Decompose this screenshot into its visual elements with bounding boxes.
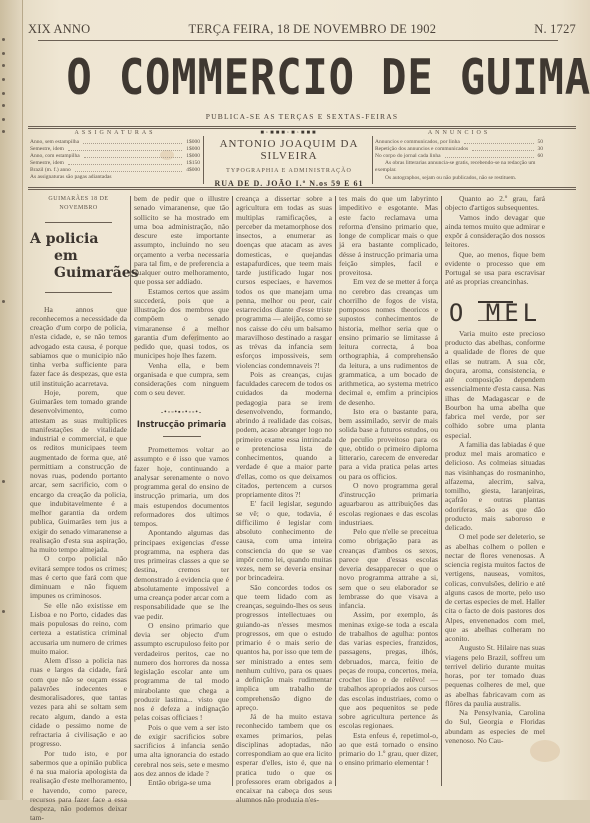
binding-hole: [2, 300, 5, 303]
paragraph: Augusto St. Hilaire nas suas viagens pel…: [445, 643, 545, 708]
paragraph: A familia das labiadas é que produz mel …: [445, 440, 545, 533]
box-divider: [203, 136, 204, 184]
paragraph: Quanto ao 2.º grau, fará objecto d'artig…: [445, 194, 545, 213]
article-column-4: tes mais do que um labyrinto impeditivo …: [339, 194, 438, 768]
article-headline: A policia em Guimarães: [30, 231, 127, 282]
binding-hole: [2, 64, 5, 67]
binding-hole: [2, 104, 5, 107]
newspaper-page: XIX ANNO TERÇA FEIRA, 18 DE NOVEMBRO DE …: [0, 0, 590, 800]
announcement-row: Annuncios e communicados, por linha50: [375, 139, 543, 146]
paragraph: O ensino primario que devia ser objecto …: [134, 621, 229, 723]
paragraph: tes mais do que um labyrinto impeditivo …: [339, 194, 438, 277]
paragraph: São concordes todos os que teem lidado c…: [236, 583, 332, 713]
paragraph: Alem d'isso a policia nas ruas e largos …: [30, 656, 127, 749]
article-column-3: creança a dissertar sobre a agricultura …: [236, 194, 332, 800]
paragraph: O novo programma geral d'instrucção prim…: [339, 481, 438, 527]
typography-label: TYPOGRAPHIA E ADMINISTRAÇÃO: [205, 168, 373, 174]
masthead-rule: [28, 126, 576, 127]
paragraph: Já de ha muito estava reconhecido tambem…: [236, 712, 332, 800]
subscription-row: Anno, sem estampilha1$000: [30, 139, 200, 146]
announcement-row: No corpo do jornal cada linha60: [375, 153, 543, 160]
publisher-box: ■◦■■■◦■◦■■■ ANTONIO JOAQUIM DA SILVEIRA …: [205, 130, 373, 185]
paragraph: Então obriga-se uma: [134, 778, 229, 787]
binding-spine: [0, 0, 23, 800]
masthead-rule: [28, 128, 576, 129]
paragraph: Em vez de se metter á força no cerebro d…: [339, 277, 438, 407]
paragraph: Venha ella, e bem organisada e que cumpr…: [134, 361, 229, 398]
publication-schedule: PUBLICA-SE AS TERÇAS E SEXTAS-FEIRAS: [28, 112, 576, 121]
column-divider: [130, 196, 131, 786]
paragraph: Na Pensylvania, Carolina do Sul, Georgia…: [445, 708, 545, 745]
paragraph: Hoje, porem, que Guimarães tem tomado gr…: [30, 388, 127, 555]
paragraph: Pois as creanças, cujas faculdades carec…: [236, 370, 332, 500]
paragraph: Vamos indo devagar que ainda temos muito…: [445, 213, 545, 250]
headline-rule: [45, 292, 113, 293]
ornament: ■◦■■■◦■◦■■■: [205, 130, 373, 136]
announcement-footer: Os autographos, sejam ou não publicados,…: [375, 174, 543, 183]
binding-hole: [2, 38, 5, 41]
paragraph: O mel pode ser deleterio, se as abelhas …: [445, 532, 545, 643]
binding-hole: [2, 610, 5, 613]
article-column-2: bem de pedir que o illustre senado vimar…: [134, 194, 229, 787]
binding-hole: [2, 118, 5, 121]
paragraph: Apontando algumas das principaes exigenc…: [134, 528, 229, 621]
binding-hole: [2, 92, 5, 95]
subscription-row: Semestre, idem1$150: [30, 160, 200, 167]
paragraph: Que, ao menos, fique bem evidente o proc…: [445, 250, 545, 287]
paragraph: bem de pedir que o illustre senado vimar…: [134, 194, 229, 287]
section-title-mel: O MEL: [445, 309, 545, 318]
announcement-row: Repetição dos annuncios e communicados30: [375, 146, 543, 153]
paragraph: Pois o que vem a ser isto de exigir sacr…: [134, 723, 229, 779]
paragraph: E' facil legislar, segundo se vê; o que,…: [236, 499, 332, 582]
column-divider: [441, 196, 442, 786]
dateline: GUIMARÃES 18 DE NOVEMBRO: [30, 195, 127, 214]
paragraph: Promettemos voltar ao assumpto e é isso …: [134, 445, 229, 528]
paragraph: Ha annos que reconhecemos a necessidade …: [30, 305, 127, 388]
binding-hole: [2, 130, 5, 133]
paragraph: Pelo que n'elle se preceitua como obriga…: [339, 527, 438, 610]
column-divider: [232, 196, 233, 786]
paragraph: O corpo policial não evitará sempre todo…: [30, 554, 127, 600]
column-divider: [335, 196, 336, 786]
dateline-rule: [45, 222, 113, 223]
announcements-title: ANNUNCIOS: [375, 130, 543, 136]
paragraph: Por tudo isto, e por sabermos que a opin…: [30, 749, 127, 801]
article-column-5: Quanto ao 2.º grau, fará objecto d'artig…: [445, 194, 545, 745]
box-bottom-rule: [28, 187, 576, 188]
article-policia: GUIMARÃES 18 DE NOVEMBRO A policia em Gu…: [30, 194, 127, 800]
publisher-name: ANTONIO JOAQUIM DA SILVEIRA: [205, 138, 373, 162]
binding-hole: [2, 78, 5, 81]
paragraph: Varia muito este precioso producto das a…: [445, 329, 545, 440]
volume-label: XIX ANNO: [28, 22, 90, 37]
announcement-note: As obras litterarias annuncia-se gratis,…: [375, 160, 543, 174]
box-divider: [372, 136, 373, 184]
binding-hole: [2, 480, 5, 483]
subscription-note: As assignaturas são pagas adiantadas: [30, 174, 200, 181]
subscriptions-title: ASSIGNATURAS: [30, 130, 200, 136]
paragraph: Assim, por exemplo, ás meninas exige-se …: [339, 610, 438, 730]
binding-hole: [2, 52, 5, 55]
subscription-row: Anno, com estampilha1$000: [30, 153, 200, 160]
header-rule: [38, 40, 558, 41]
paragraph: creança a dissertar sobre a agricultura …: [236, 194, 332, 370]
masthead-title: O COMMERCIO DE GUIMARÃES: [66, 48, 537, 108]
issue-date: TERÇA FEIRA, 18 DE NOVEMBRO DE 1902: [189, 22, 437, 37]
box-bottom-rule: [28, 189, 576, 190]
announcements-box: ANNUNCIOS Annuncios e communicados, por …: [375, 130, 543, 185]
section-rule: [163, 436, 201, 437]
subscriptions-box: ASSIGNATURAS Anno, sem estampilha1$000 S…: [30, 130, 200, 185]
paragraph: Isto era o bastante para, bem assimilado…: [339, 407, 438, 481]
subscription-row: Semestre, idem1$000: [30, 146, 200, 153]
paragraph: Se elle não existisse em Lisboa e no Por…: [30, 601, 127, 657]
paragraph: Esta enfeus é, repetimol-o, ao que está …: [339, 731, 438, 768]
section-title-instrucao: Instrucção primaria: [134, 421, 229, 430]
paragraph: Estamos certos que assim succederá, pois…: [134, 287, 229, 361]
subscription-row: Brazil (m. f.) anno4$000: [30, 167, 200, 174]
issue-number: N. 1727: [534, 22, 576, 37]
issue-info-bar: XIX ANNO TERÇA FEIRA, 18 DE NOVEMBRO DE …: [28, 22, 576, 37]
section-ornament: -•◦◦•▪◦•◦◦•-: [134, 408, 229, 417]
